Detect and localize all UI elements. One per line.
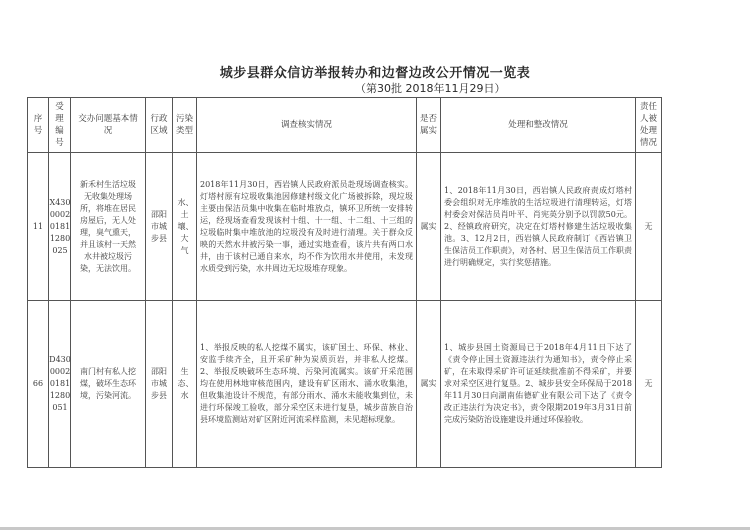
cell-investigation: 1、举报反映的私人挖煤不属实，该矿国土、环保、林业、安监手续齐全，且开采矿种为炭… [197,301,417,468]
cell-case-number: X430000201811280025 [49,153,71,301]
cell-handling: 1、城步县国土资源局已于2018年4月11日下达了《责令停止国土资源违法行为通知… [441,301,636,468]
cell-region: 邵阳市城步县 [146,301,173,468]
disclosure-table: 序号 受理编号 交办问题基本情况 行政区域 污染类型 调查核实情况 是否属实 处… [27,97,662,468]
header-accountability: 责任人被处理情况 [636,98,662,153]
cell-accountability: 无 [636,301,662,468]
cell-index: 11 [28,153,49,301]
document-title: 城步县群众信访举报转办和边督边改公开情况一览表 [0,62,750,81]
header-handling: 处理和整改情况 [441,98,636,153]
cell-index: 66 [28,301,49,468]
document-subtitle: （第30批 2018年11月29日） [355,80,505,96]
header-investigation: 调查核实情况 [197,98,417,153]
cell-issue: 新禾村生活垃圾无收集处理场所，将堆在居民房屋后，无人处理，臭气熏天，并且该村一天… [71,153,146,301]
cell-accountability: 无 [636,153,662,301]
cell-pollution-type: 水、土壤、大气 [173,153,197,301]
table-row: 66 D430000201811280051 南门村有私人挖煤，破坏生态环境，污… [28,301,662,468]
cell-issue: 南门村有私人挖煤，破坏生态环境，污染河流。 [71,301,146,468]
header-region: 行政区域 [146,98,173,153]
header-row: 序号 受理编号 交办问题基本情况 行政区域 污染类型 调查核实情况 是否属实 处… [28,98,662,153]
cell-region: 邵阳市城步县 [146,153,173,301]
cell-pollution-type: 生态、水 [173,301,197,468]
cell-verified: 属实 [417,301,441,468]
header-issue: 交办问题基本情况 [71,98,146,153]
header-case-number: 受理编号 [49,98,71,153]
cell-investigation: 2018年11月30日，西岩镇人民政府派员赴现场调查核实。灯塔村原有垃圾收集池因… [197,153,417,301]
cell-handling: 1、2018年11月30日，西岩镇人民政府责成灯塔村委会组织对无序堆放的生活垃圾… [441,153,636,301]
header-pollution-type: 污染类型 [173,98,197,153]
cell-verified: 属实 [417,153,441,301]
header-verified: 是否属实 [417,98,441,153]
header-index: 序号 [28,98,49,153]
table-row: 11 X430000201811280025 新禾村生活垃圾无收集处理场所，将堆… [28,153,662,301]
cell-case-number: D430000201811280051 [49,301,71,468]
